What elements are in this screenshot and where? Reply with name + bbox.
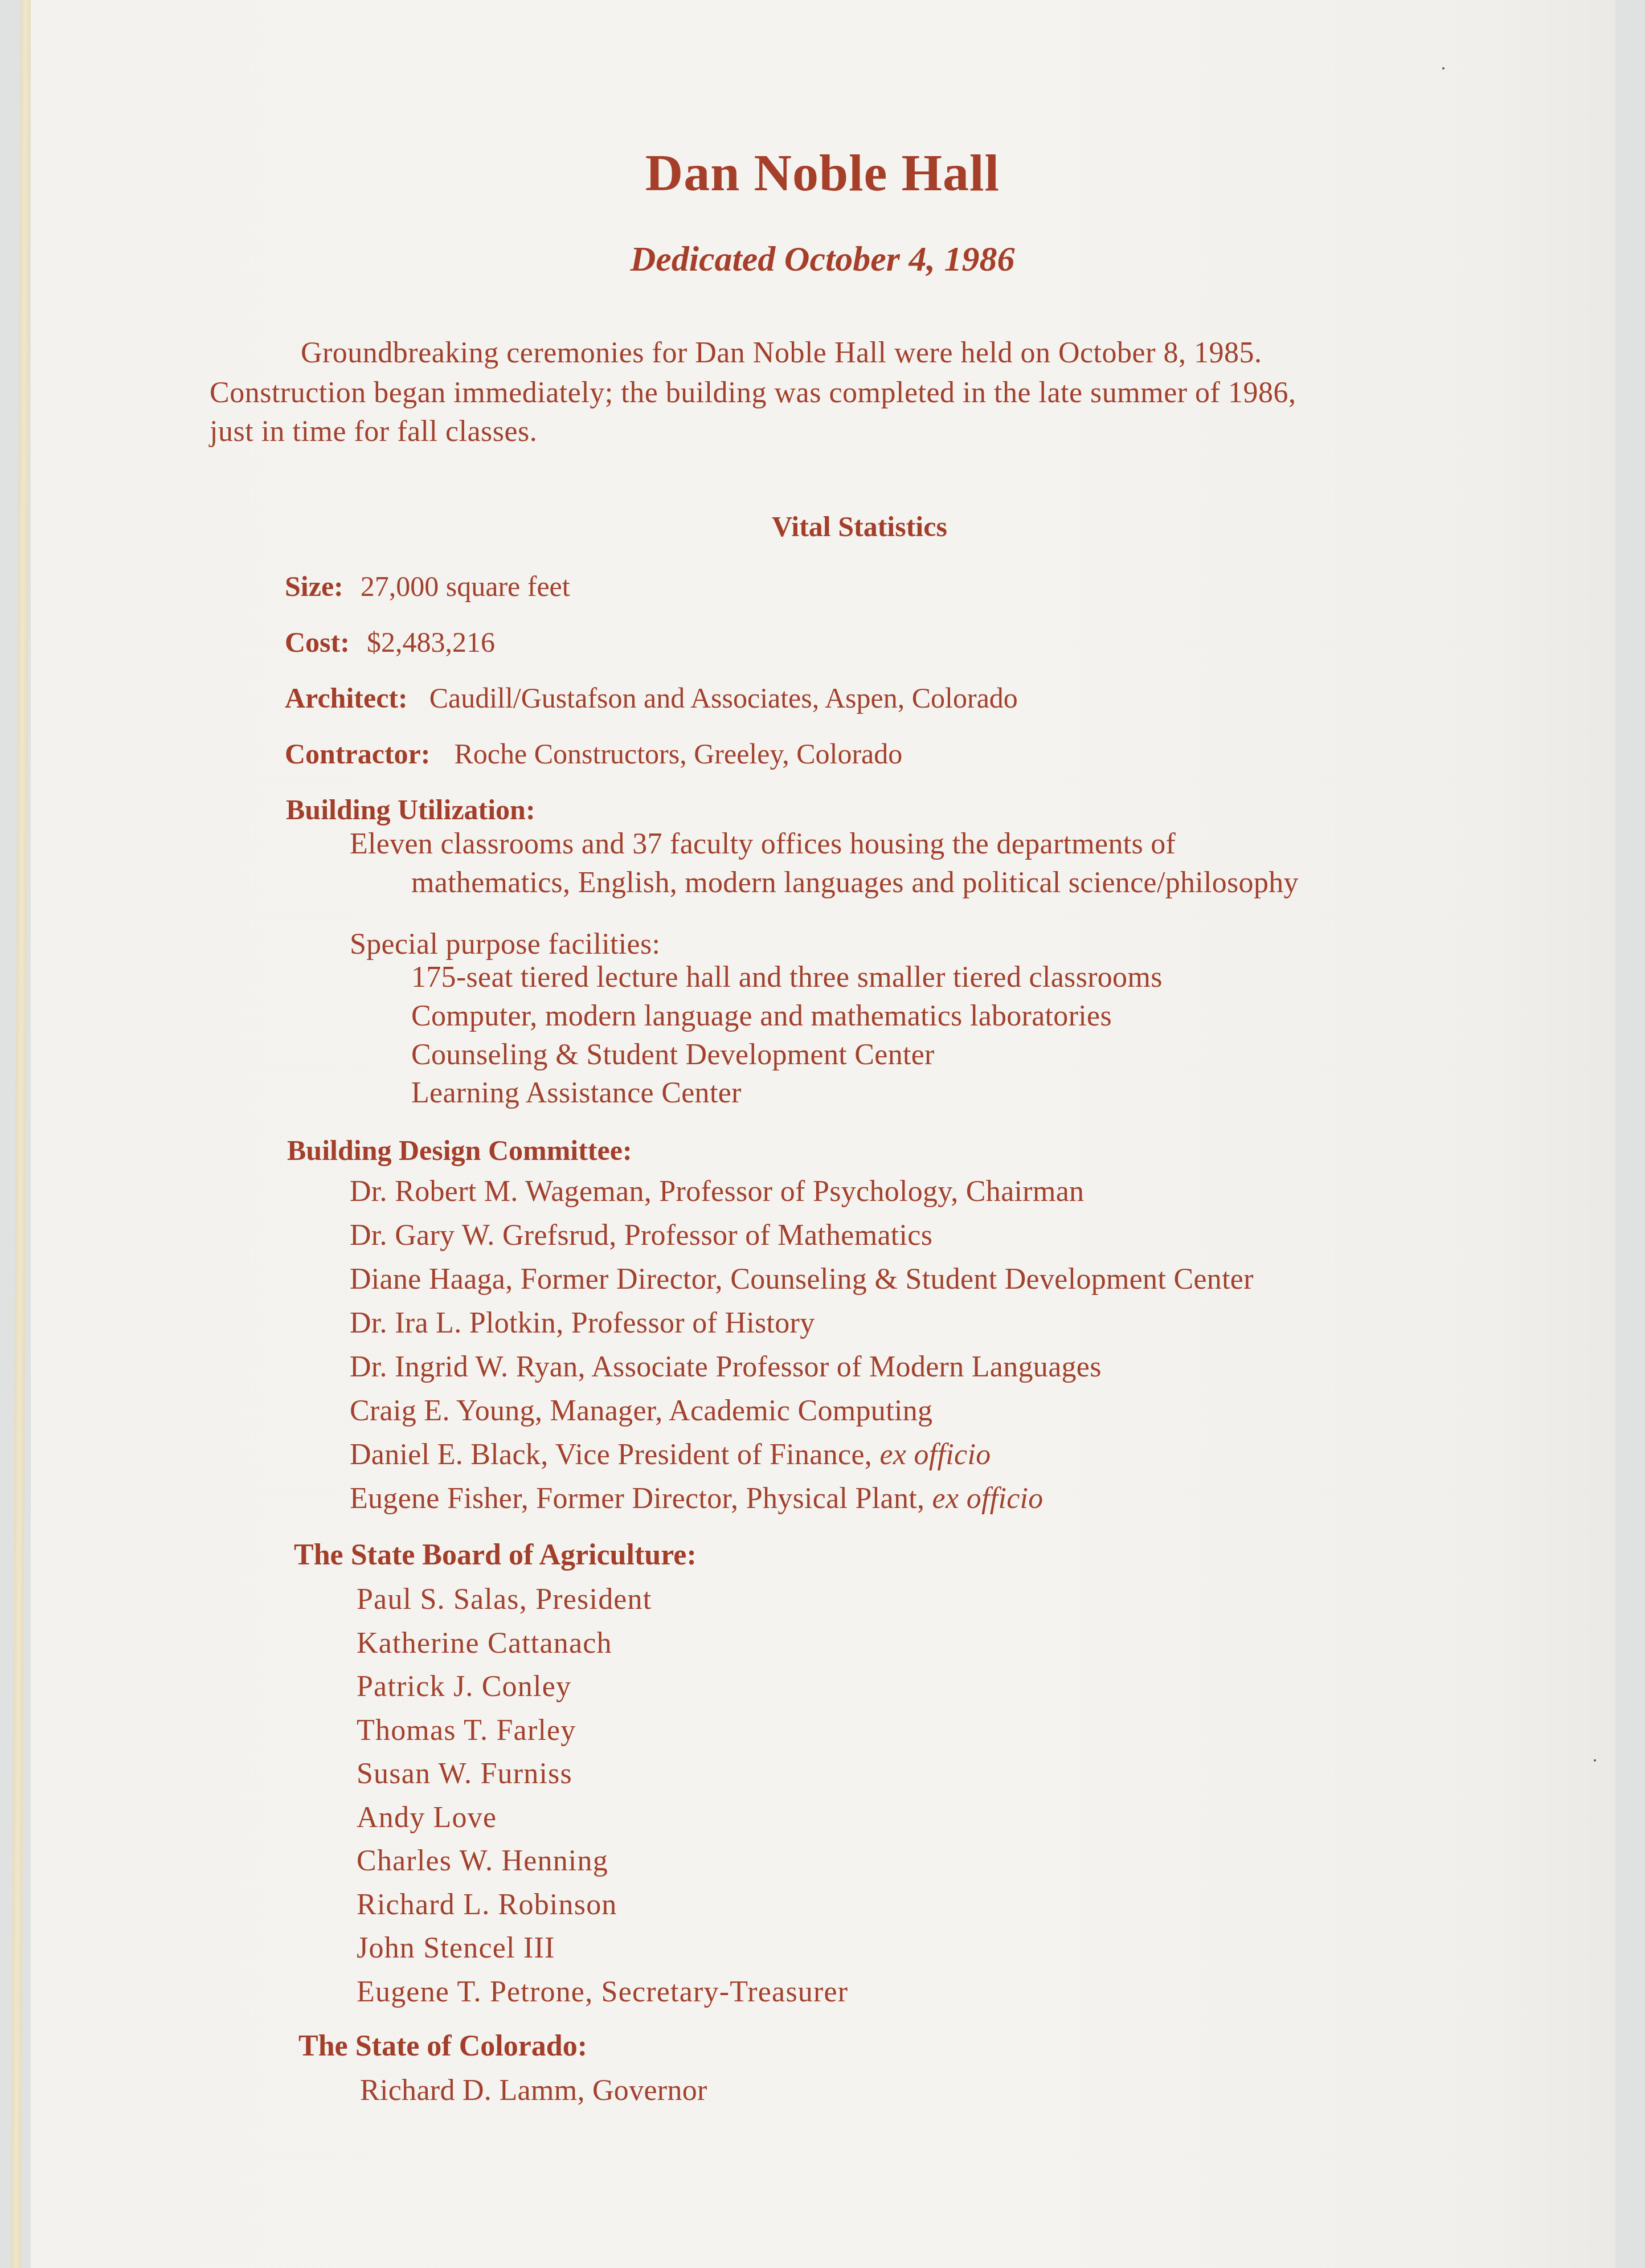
list-item: Learning Assistance Center bbox=[411, 1076, 742, 1110]
section-heading: Building Utilization: bbox=[286, 793, 535, 826]
section-heading: The State of Colorado: bbox=[298, 2029, 587, 2063]
member-text: Dr. Robert M. Wageman, Professor of Psyc… bbox=[350, 1175, 1084, 1208]
stat-value: 27,000 square feet bbox=[361, 570, 570, 602]
list-item: 175-seat tiered lecture hall and three s… bbox=[411, 961, 1163, 994]
page-title: Dan Noble Hall bbox=[31, 142, 1614, 203]
document-page: Dan Noble Hall Dedicated October 4, 1986… bbox=[31, 0, 1615, 2268]
member-text: Daniel E. Black, Vice President of Finan… bbox=[350, 1439, 879, 1471]
stat-size: Size: 27,000 square feet bbox=[285, 570, 570, 603]
stat-value: $2,483,216 bbox=[367, 626, 495, 658]
list-item: Counseling & Student Development Center bbox=[411, 1038, 935, 1072]
section-heading: The State Board of Agriculture: bbox=[294, 1538, 697, 1572]
committee-member: Dr. Gary W. Grefsrud, Professor of Mathe… bbox=[350, 1219, 932, 1252]
stat-contractor: Contractor: Roche Constructors, Greeley,… bbox=[285, 737, 902, 770]
member-text: Dr. Gary W. Grefsrud, Professor of Mathe… bbox=[350, 1219, 932, 1252]
vital-statistics-heading: Vital Statistics bbox=[31, 510, 1645, 543]
paper-speck bbox=[1442, 67, 1445, 70]
member-text: Eugene Fisher, Former Director, Physical… bbox=[350, 1482, 932, 1515]
board-member: Patrick J. Conley bbox=[357, 1670, 571, 1703]
stat-architect: Architect: Caudill/Gustafson and Associa… bbox=[285, 681, 1018, 714]
paper-speck bbox=[1594, 1759, 1596, 1762]
list-item: Computer, modern language and mathematic… bbox=[411, 999, 1112, 1033]
stat-cost: Cost: $2,483,216 bbox=[285, 626, 495, 659]
committee-member: Diane Haaga, Former Director, Counseling… bbox=[350, 1262, 1254, 1296]
stat-label: Architect: bbox=[285, 682, 408, 714]
committee-member: Dr. Ira L. Plotkin, Professor of History bbox=[350, 1306, 815, 1340]
board-member: Eugene T. Petrone, Secretary-Treasurer bbox=[357, 1975, 848, 2009]
member-text: Dr. Ira L. Plotkin, Professor of History bbox=[350, 1307, 815, 1339]
intro-line: just in time for fall classes. bbox=[210, 415, 537, 448]
intro-line: Groundbreaking ceremonies for Dan Noble … bbox=[301, 336, 1262, 370]
intro-line: Construction began immediately; the buil… bbox=[210, 376, 1296, 410]
member-text: Dr. Ingrid W. Ryan, Associate Professor … bbox=[350, 1351, 1102, 1383]
member-text: Diane Haaga, Former Director, Counseling… bbox=[350, 1263, 1254, 1296]
stat-value: Caudill/Gustafson and Associates, Aspen,… bbox=[429, 682, 1018, 714]
ex-officio-note: ex officio bbox=[932, 1482, 1044, 1515]
utilization-line: Eleven classrooms and 37 faculty offices… bbox=[350, 827, 1176, 861]
board-member: John Stencel III bbox=[357, 1931, 555, 1965]
board-member: Andy Love bbox=[357, 1801, 497, 1834]
utilization-line: mathematics, English, modern languages a… bbox=[411, 866, 1299, 900]
page-binding-edge bbox=[11, 0, 31, 2268]
ex-officio-note: ex officio bbox=[879, 1439, 991, 1471]
committee-member: Craig E. Young, Manager, Academic Comput… bbox=[350, 1394, 932, 1428]
stat-label: Contractor: bbox=[285, 738, 430, 770]
stat-label: Cost: bbox=[285, 626, 350, 658]
board-member: Charles W. Henning bbox=[357, 1844, 608, 1878]
special-facilities-heading: Special purpose facilities: bbox=[350, 927, 660, 961]
list-item: Richard D. Lamm, Governor bbox=[360, 2074, 707, 2107]
committee-member: Dr. Robert M. Wageman, Professor of Psyc… bbox=[350, 1175, 1084, 1208]
stat-value: Roche Constructors, Greeley, Colorado bbox=[454, 738, 902, 770]
board-member: Susan W. Furniss bbox=[357, 1757, 572, 1791]
committee-member: Dr. Ingrid W. Ryan, Associate Professor … bbox=[350, 1350, 1102, 1384]
committee-member: Daniel E. Black, Vice President of Finan… bbox=[350, 1438, 991, 1472]
committee-member: Eugene Fisher, Former Director, Physical… bbox=[350, 1482, 1044, 1515]
section-heading: Building Design Committee: bbox=[287, 1134, 632, 1167]
board-member: Paul S. Salas, President bbox=[357, 1583, 652, 1616]
board-member: Katherine Cattanach bbox=[357, 1627, 612, 1660]
member-text: Craig E. Young, Manager, Academic Comput… bbox=[350, 1395, 932, 1427]
board-member: Thomas T. Farley bbox=[357, 1714, 576, 1747]
dedication-date: Dedicated October 4, 1986 bbox=[31, 239, 1614, 280]
board-member: Richard L. Robinson bbox=[357, 1888, 617, 1922]
stat-label: Size: bbox=[285, 570, 343, 602]
